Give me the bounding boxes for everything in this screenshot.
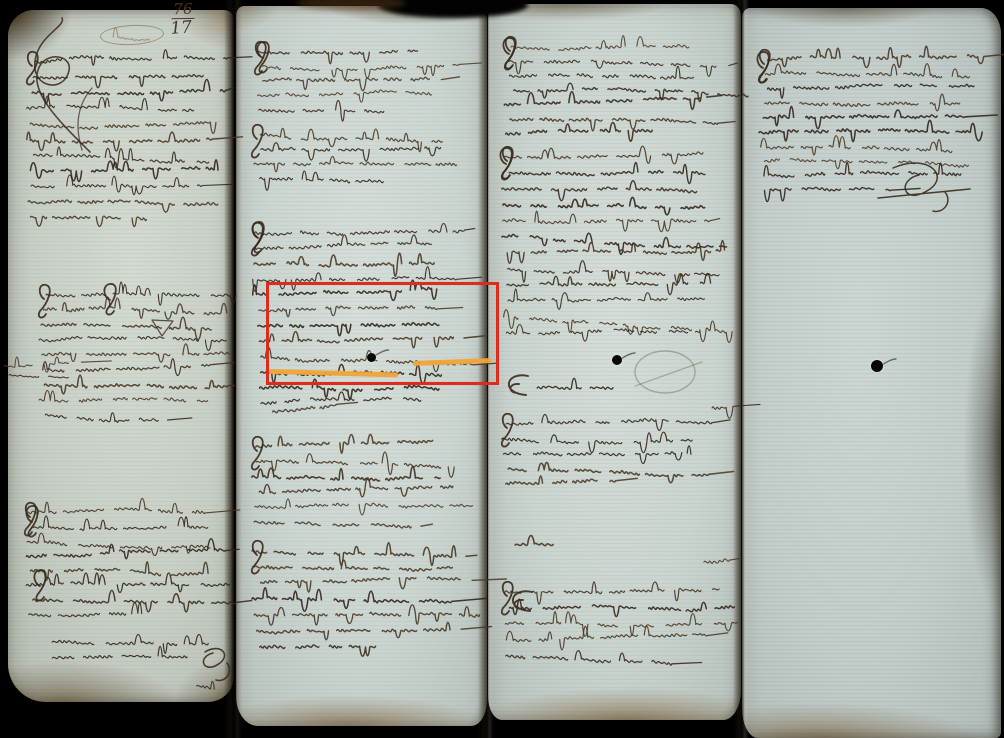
sheet-fold-crease-3-4 xyxy=(733,0,749,738)
sheet-fold-crease-1-2 xyxy=(224,0,242,738)
page-number-crossed-out: 76 xyxy=(171,2,194,19)
paper-hole-2 xyxy=(612,355,622,365)
page-number-current: 17 xyxy=(169,19,193,38)
manuscript-photo: 76 17 xyxy=(0,0,1004,738)
paper-hole-3 xyxy=(871,360,883,372)
manuscript-sheet-4 xyxy=(742,8,1001,738)
red-highlight-box xyxy=(266,282,499,385)
manuscript-sheet-1 xyxy=(8,10,234,702)
page-number: 76 17 xyxy=(171,1,196,38)
